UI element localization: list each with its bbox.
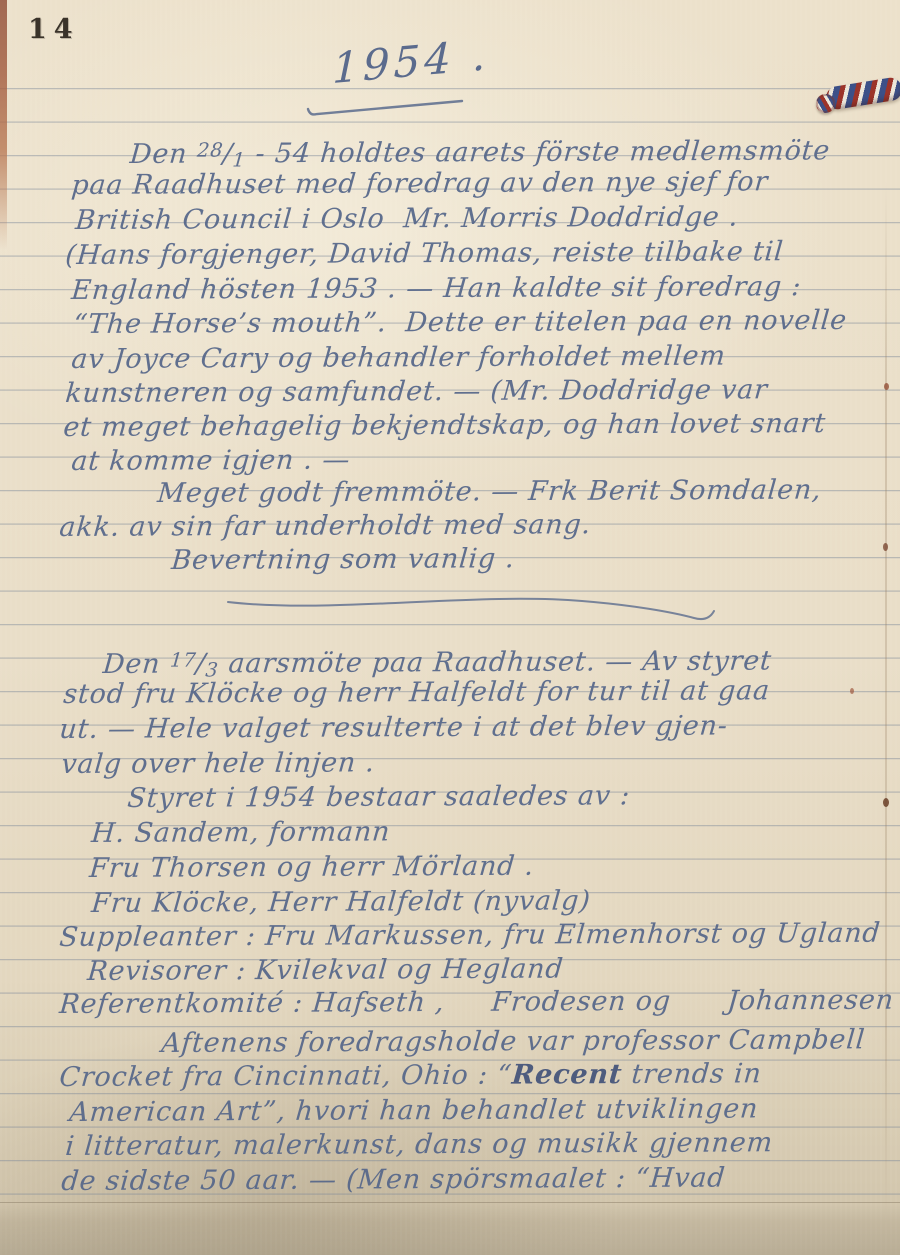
ink-speck bbox=[883, 798, 889, 807]
handwritten-line: (Hans forgjenger, David Thomas, reiste t… bbox=[64, 235, 785, 273]
handwritten-line: Bevertning som vanlig . bbox=[170, 542, 516, 578]
notebook-page: 14 1954 . Den 28/1 - 54 holdtes aarets f… bbox=[0, 0, 900, 1255]
handwritten-line: Den 28/1 - 54 holdtes aarets förste medl… bbox=[128, 130, 832, 178]
handwritten-line: i litteratur, malerkunst, dans og musikk… bbox=[64, 1126, 774, 1164]
journal-entry-member-meeting: Den 28/1 - 54 holdtes aarets förste medl… bbox=[0, 0, 900, 1255]
handwritten-line: av Joyce Cary og behandler forholdet mel… bbox=[70, 340, 727, 377]
ink-speck bbox=[850, 688, 854, 694]
handwritten-line: stod fru Klöcke og herr Halfeldt for tur… bbox=[62, 674, 771, 712]
handwritten-line: valg over hele linjen . bbox=[60, 746, 376, 782]
handwritten-line: Revisorer : Kvilekval og Hegland bbox=[86, 953, 565, 989]
paper-texture bbox=[0, 0, 900, 1255]
handwritten-line: American Art”, hvori han behandlet utvik… bbox=[68, 1092, 760, 1130]
handwritten-line: England hösten 1953 . — Han kaldte sit f… bbox=[70, 270, 803, 308]
heading-underline bbox=[302, 94, 472, 122]
handwritten-line: Meget godt fremmöte. — Frk Berit Somdale… bbox=[156, 474, 823, 511]
handwritten-line: Fru Thorsen og herr Mörland . bbox=[88, 850, 535, 886]
binding-edge bbox=[0, 0, 7, 250]
section-divider-flourish bbox=[222, 586, 722, 628]
handwritten-line: paa Raadhuset med foredrag av den nye sj… bbox=[70, 165, 769, 203]
handwritten-line: akk. av sin far underholdt med sang. bbox=[58, 508, 592, 545]
handwritten-line: at komme igjen . — bbox=[70, 444, 352, 479]
year-heading: 1954 . bbox=[332, 30, 490, 93]
handwritten-line: ut. — Hele valget resulterte i at det bl… bbox=[58, 710, 729, 747]
bookmark-cord bbox=[825, 76, 900, 111]
handwritten-line: Den 17/3 aarsmöte paa Raadhuset. — Av st… bbox=[101, 641, 773, 688]
handwritten-line: British Council i Oslo Mr. Morris Doddri… bbox=[74, 201, 740, 238]
handwritten-line: Crocket fra Cincinnati, Ohio : “Recent t… bbox=[58, 1057, 763, 1095]
ruled-lines bbox=[0, 88, 900, 1212]
handwritten-line: kunstneren og samfundet. — (Mr. Doddridg… bbox=[64, 373, 769, 411]
page-bottom-edge bbox=[0, 1202, 900, 1255]
handwritten-line: Fru Klöcke, Herr Halfeldt (nyvalg) bbox=[90, 884, 592, 921]
handwritten-line: Suppleanter : Fru Markussen, fru Elmenho… bbox=[58, 917, 882, 955]
handwritten-line: H. Sandem, formann bbox=[90, 815, 392, 851]
journal-entry-annual-meeting: Den 17/3 aarsmöte paa Raadhuset. — Av st… bbox=[0, 0, 900, 1255]
handwritten-line: Aftenens foredragsholde var professor Ca… bbox=[160, 1023, 867, 1061]
handwritten-line: et meget behagelig bekjendtskap, og han … bbox=[62, 407, 827, 445]
page-crease bbox=[885, 180, 887, 1235]
handwritten-line: “The Horse’s mouth”. Dette er titelen pa… bbox=[72, 304, 848, 342]
ink-speck bbox=[884, 383, 889, 390]
handwritten-line: Referentkomité : Hafseth , Frodesen og J… bbox=[58, 984, 900, 1022]
page-number: 14 bbox=[28, 14, 80, 45]
handwritten-line: Styret i 1954 bestaar saaledes av : bbox=[126, 779, 632, 816]
ink-speck bbox=[883, 543, 888, 551]
bookmark-cord-loop bbox=[816, 94, 835, 113]
handwritten-line: de sidste 50 aar. — (Men spörsmaalet : “… bbox=[60, 1162, 727, 1199]
